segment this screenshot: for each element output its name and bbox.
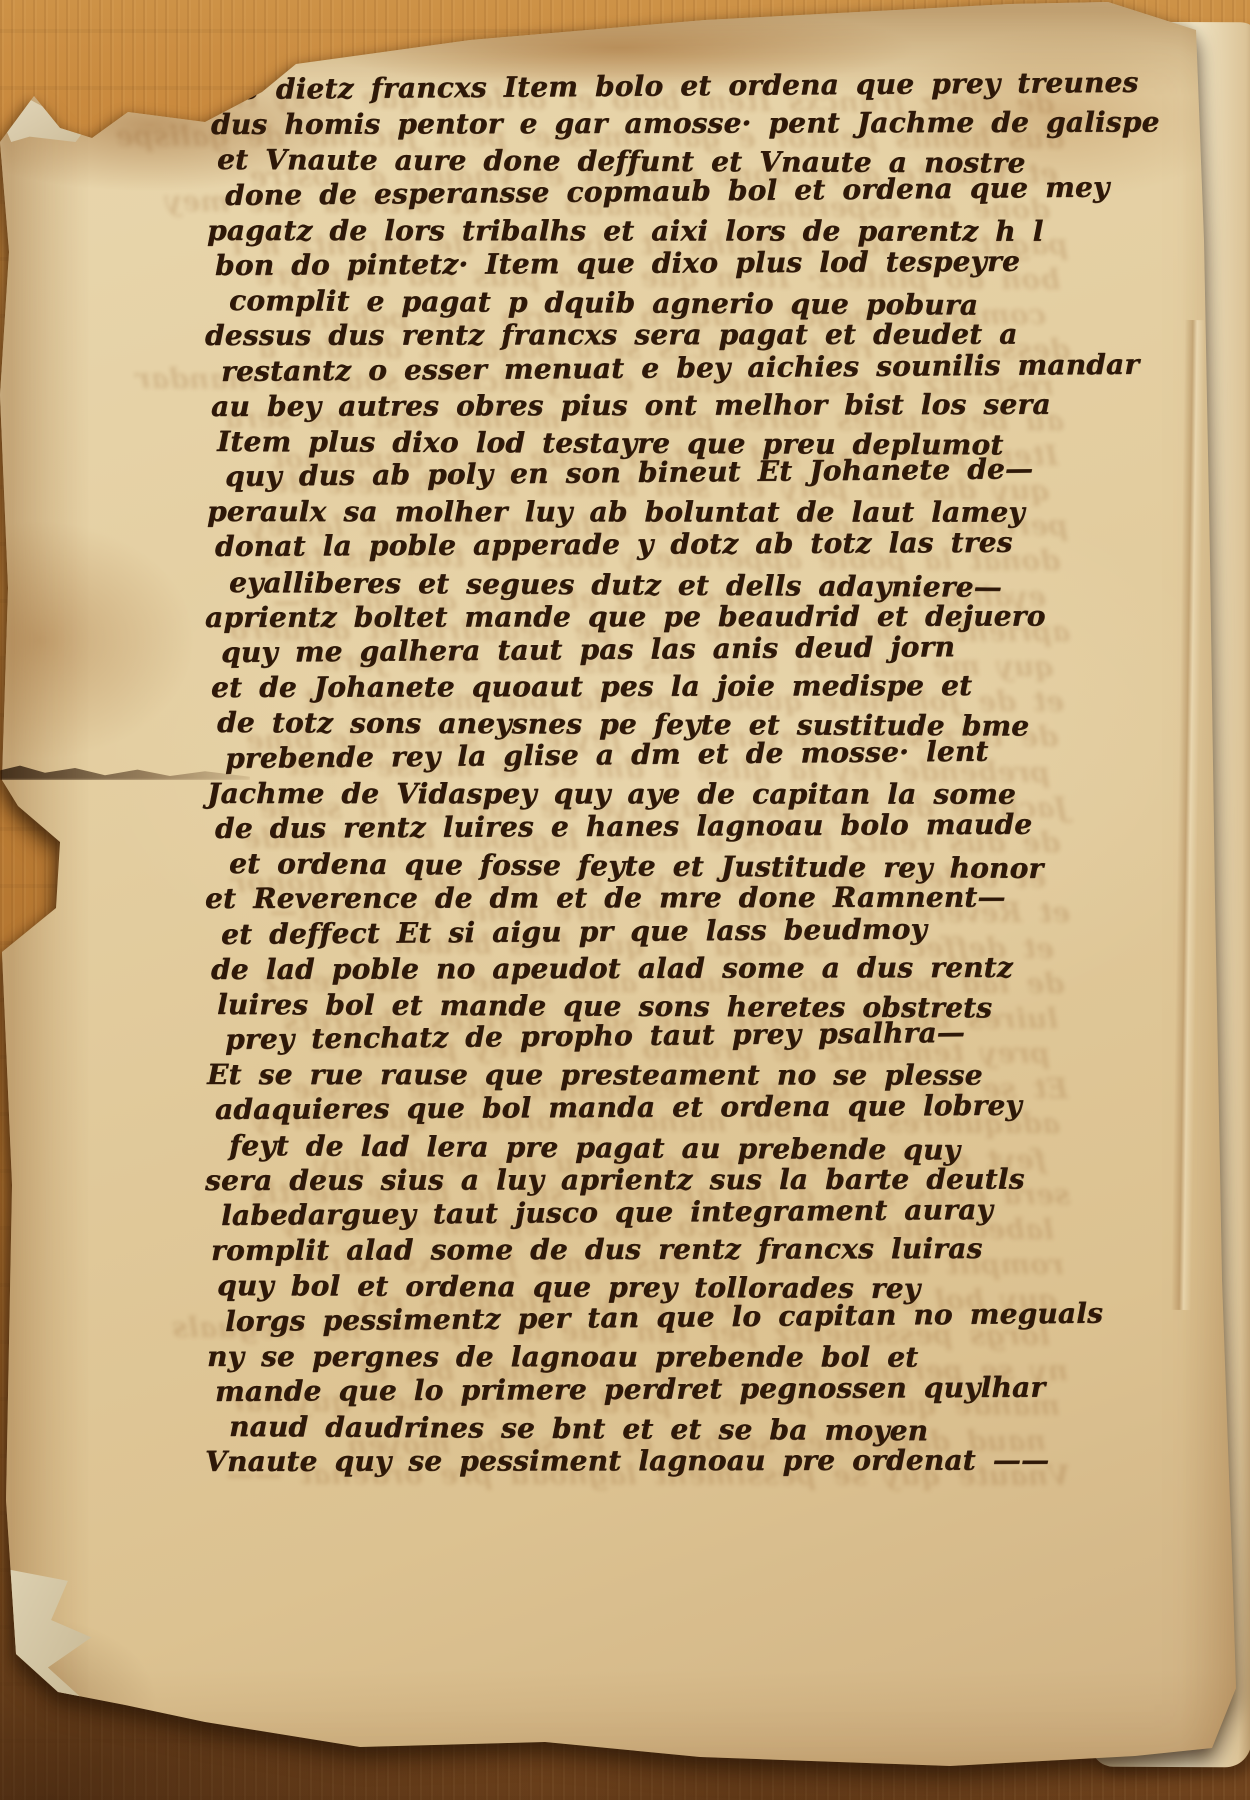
manuscript-line: au bey autres obres pius ont melhor bist… [211,386,1085,423]
manuscript-line: quy me galhera taut pas las anis deud jo… [221,628,1085,670]
manuscript-line: de dus rentz luires e hanes lagnoau bolo… [215,806,1085,846]
manuscript-line: done de esperansse copmaub bol et ordena… [225,169,1085,212]
wood-table-background: { "colors": { "wood": "#c08036", "wood_d… [0,0,1250,1800]
manuscript-page: de dietz francxs Item bolo et ordena que… [0,0,1250,1800]
manuscript-line: de dietz francxs Item bolo et ordena que… [221,65,1085,107]
torn-flap-top-left [2,88,94,142]
manuscript-page-wrapper: de dietz francxs Item bolo et ordena que… [0,0,1250,1800]
manuscript-line: dus homis pentor e gar amosse· pent Jach… [211,105,1085,142]
manuscript-line: adaquieres que bol manda et ordena que l… [215,1088,1085,1128]
manuscript-line: restantz o esser menuat e bey aichies so… [221,347,1085,389]
manuscript-line: prebende rey la glise a dm et de mosse· … [225,732,1085,775]
manuscript-line: et de Johanete quoaut pes la joie medisp… [211,668,1085,705]
manuscript-line: quy dus ab poly en son bineut Et Johanet… [225,451,1085,494]
manuscript-line: de lad poble no apeudot alad some a dus … [211,949,1085,986]
manuscript-line: mande que lo primere perdret pegnossen q… [215,1369,1085,1409]
manuscript-line: et deffect Et si aigu pr que lass beudmo… [221,910,1085,952]
manuscript-line: bon do pintetz· Item que dixo plus lod t… [215,243,1085,283]
manuscript-line: lorgs pessimentz per tan que lo capitan … [225,1295,1085,1338]
manuscript-line: prey tenchatz de propho taut prey psalhr… [225,1014,1085,1057]
manuscript-line: Vnaute quy se pessiment lagnoau pre orde… [205,1443,1085,1480]
manuscript-line: donat la poble apperade y dotz ab totz l… [215,525,1085,565]
manuscript-line: labedarguey taut jusco que integrament a… [221,1191,1085,1233]
manuscript-line: romplit alad some de dus rentz francxs l… [211,1231,1085,1268]
manuscript-text: de dietz francxs Item bolo et ordena que… [205,72,1085,1480]
